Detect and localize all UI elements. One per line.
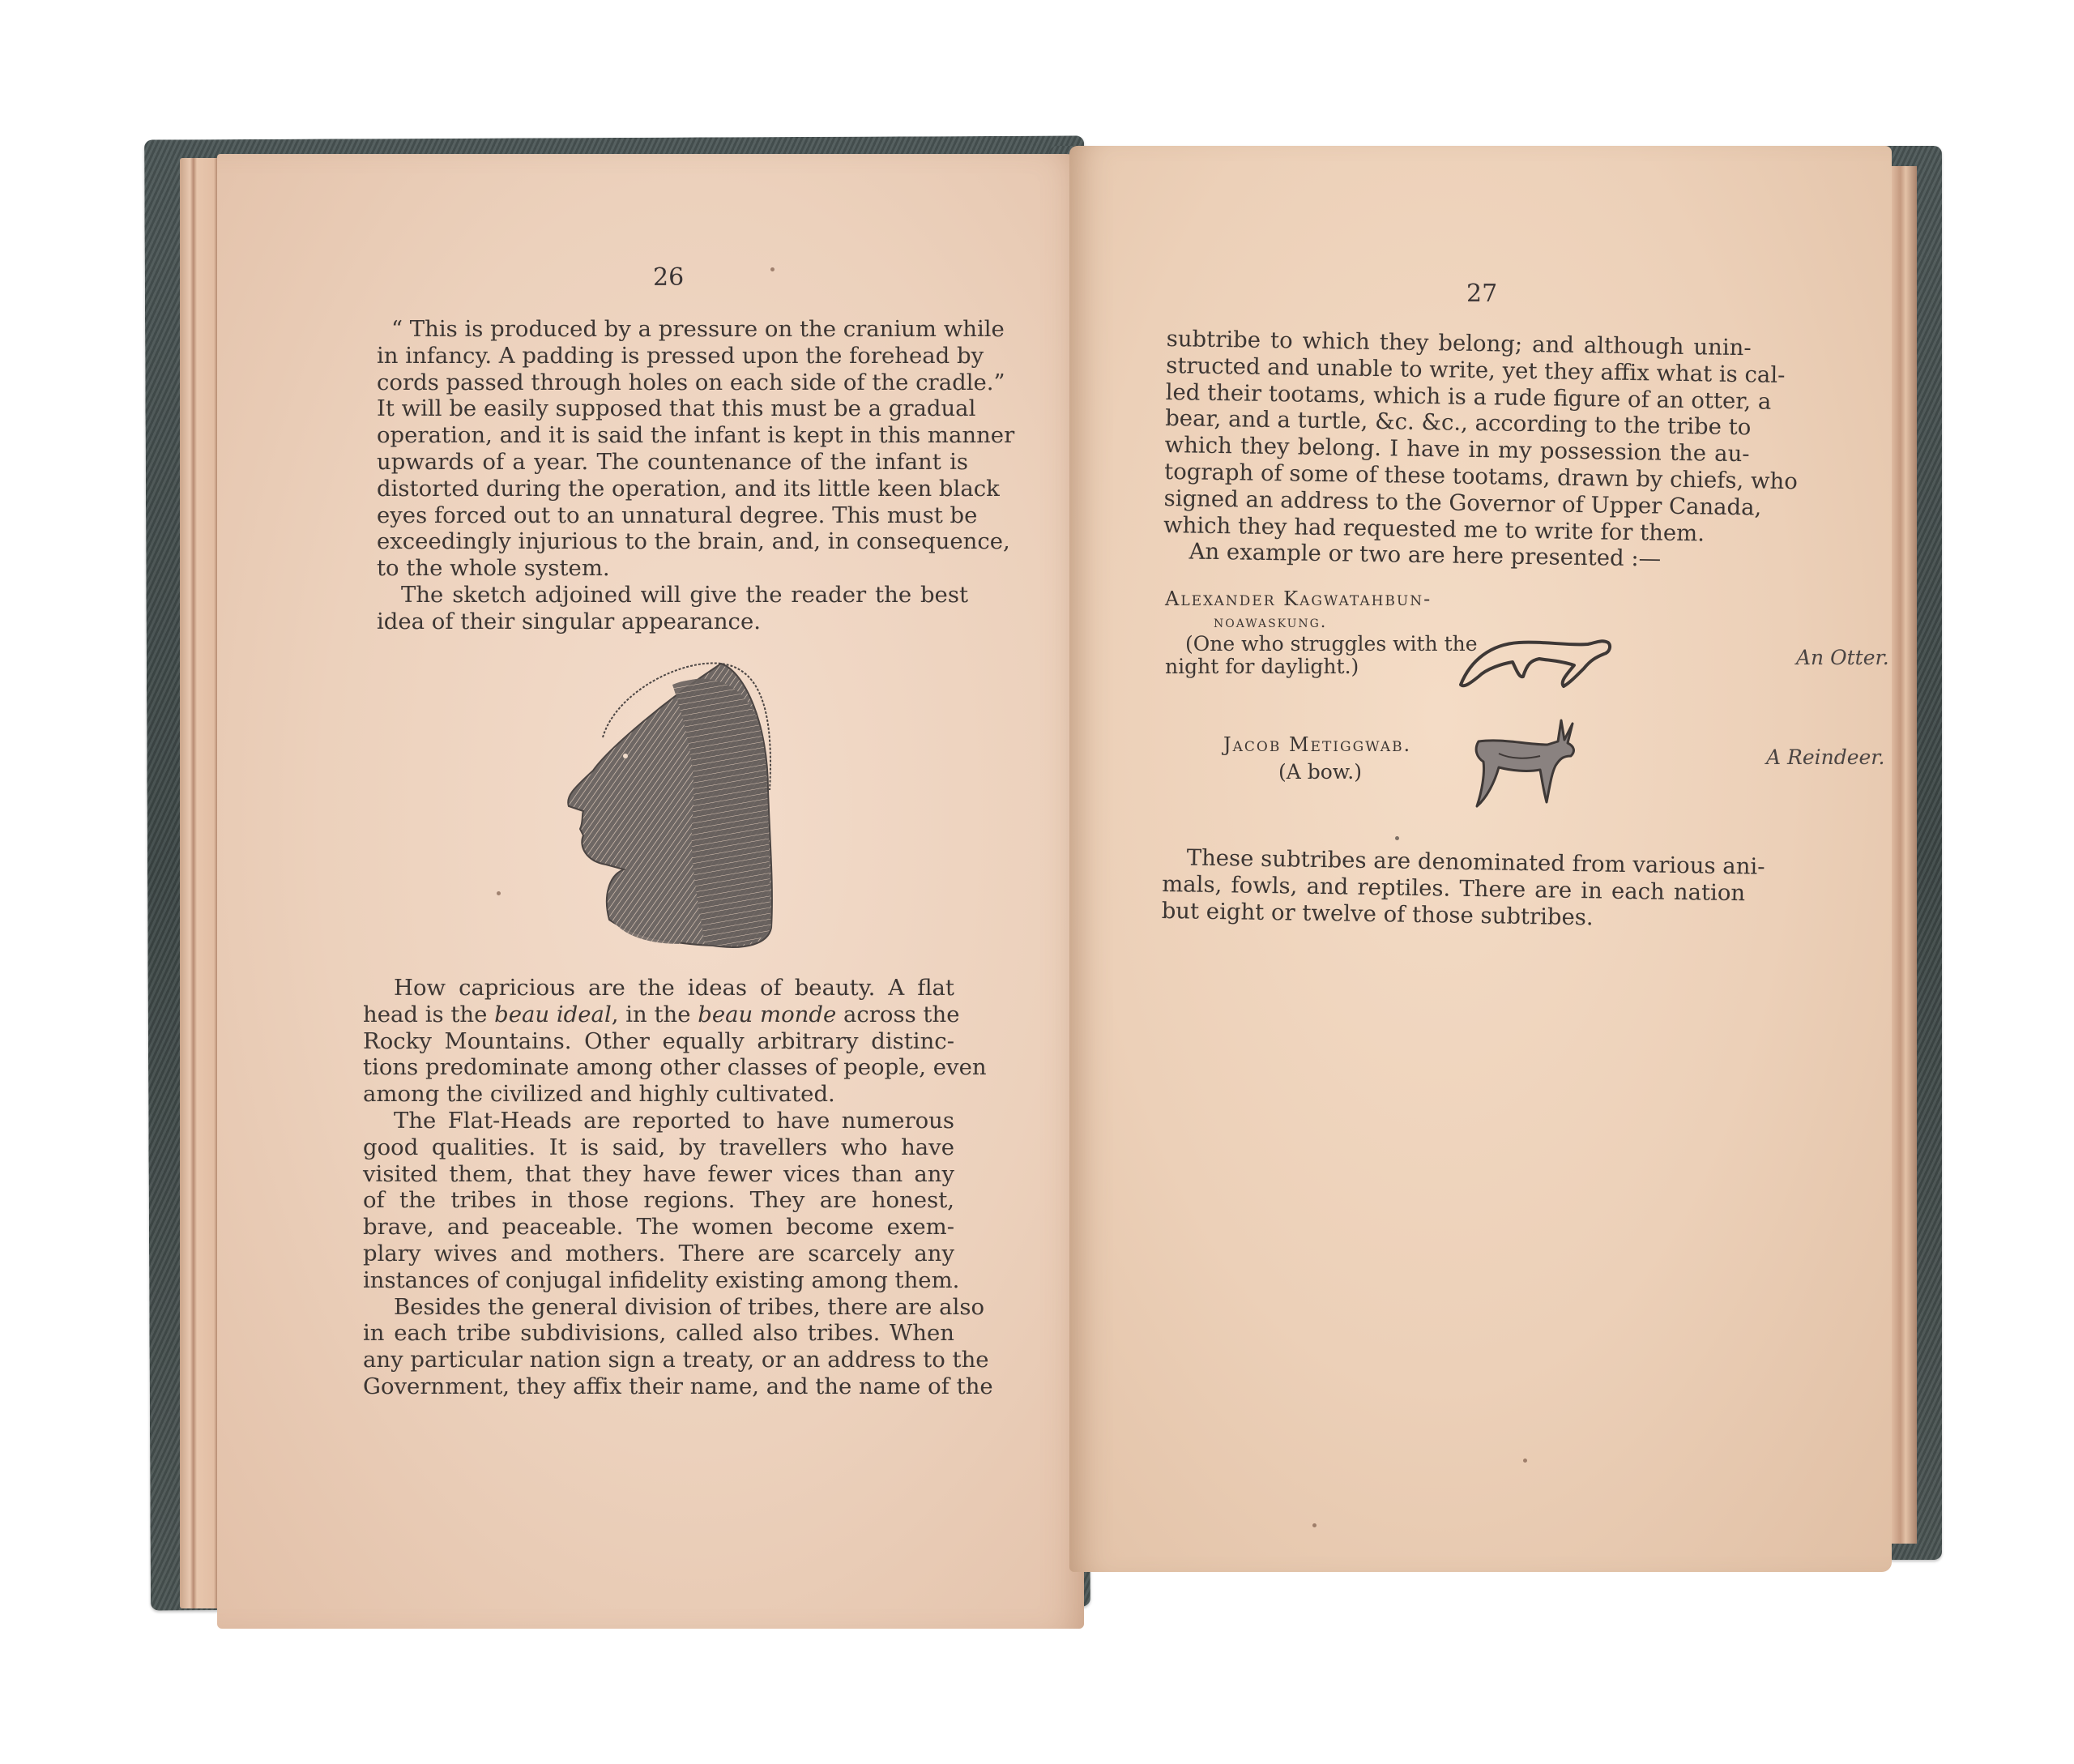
foxing-spot — [770, 267, 775, 271]
text-line: cords passed through holes on each side … — [377, 369, 968, 396]
name-meaning: (A bow.) — [1223, 761, 1411, 784]
flathead-profile-illustration — [551, 652, 826, 960]
italic-phrase: beau monde — [698, 1002, 836, 1027]
page-edges-right — [1889, 166, 1917, 1544]
chief-name: noawaskung. — [1165, 610, 1478, 633]
right-paragraph-3: These subtribes are denominated from var… — [1161, 844, 1745, 933]
right-paragraph-1: subtribe to which they belong; and altho… — [1163, 326, 1752, 574]
text-line: in each tribe subdivisions, called also … — [363, 1320, 954, 1347]
otter-totem-icon — [1454, 628, 1616, 696]
reindeer-totem-icon — [1462, 717, 1592, 818]
foxing-spot — [1523, 1459, 1527, 1463]
left-page: 26 “ This is produced by a pressure on t… — [217, 154, 1084, 1629]
text-line: brave, and peaceable. The women become e… — [363, 1214, 954, 1241]
text-line: good qualities. It is said, by traveller… — [363, 1134, 954, 1161]
name-meaning: night for daylight.) — [1165, 656, 1478, 678]
text-line: head is the beau ideal, in the beau mond… — [363, 1002, 954, 1028]
text-line: distorted during the operation, and its … — [377, 476, 968, 502]
name-meaning: (One who struggles with the — [1165, 633, 1478, 656]
text-line: tions predominate among other classes of… — [363, 1054, 954, 1081]
page-number: 26 — [653, 263, 684, 292]
text-line: Besides the general division of tribes, … — [363, 1294, 954, 1321]
foxing-spot — [497, 891, 501, 895]
page-number: 27 — [1466, 280, 1497, 308]
text-line: The Flat-Heads are reported to have nume… — [363, 1108, 954, 1134]
text-line: “ This is produced by a pressure on the … — [377, 316, 968, 343]
totem-animal-label: An Otter. — [1796, 646, 1889, 669]
text-line: Rocky Mountains. Other equally arbitrary… — [363, 1028, 954, 1055]
text-line: eyes forced out to an unnatural degree. … — [377, 502, 968, 529]
text-line: exceedingly injurious to the brain, and,… — [377, 528, 968, 555]
text-line: operation, and it is said the infant is … — [377, 422, 968, 449]
text-line: Government, they affix their name, and t… — [363, 1373, 954, 1400]
left-paragraph-1: “ This is produced by a pressure on the … — [377, 316, 968, 635]
totem-animal-label: A Reindeer. — [1766, 745, 1884, 769]
text-line: How capricious are the ideas of beauty. … — [363, 975, 954, 1002]
text-line: in infancy. A padding is pressed upon th… — [377, 343, 968, 369]
text-line: among the civilized and highly cultivate… — [363, 1081, 954, 1108]
text-line: instances of conjugal infidelity existin… — [363, 1267, 954, 1294]
text-line: upwards of a year. The countenance of th… — [377, 449, 968, 476]
right-page: 27 subtribe to which they belong; and al… — [1069, 146, 1892, 1572]
text-line: visited them, that they have fewer vices… — [363, 1161, 954, 1188]
italic-phrase: beau ideal — [494, 1002, 612, 1027]
chief-name: Alexander Kagwatahbun- — [1165, 587, 1478, 610]
text-line: to the whole system. — [377, 555, 968, 582]
left-paragraph-3: How capricious are the ideas of beauty. … — [363, 975, 954, 1400]
text-line: plary wives and mothers. There are scarc… — [363, 1241, 954, 1267]
text-line: of the tribes in those regions. They are… — [363, 1187, 954, 1214]
text-line: It will be easily supposed that this mus… — [377, 395, 968, 422]
ink-spot — [1395, 836, 1399, 840]
text-line: The sketch adjoined will give the reader… — [377, 582, 968, 609]
text-line: idea of their singular appearance. — [377, 609, 968, 635]
text-line: any particular nation sign a treaty, or … — [363, 1347, 954, 1373]
chief-name: Jacob Metiggwab. — [1223, 733, 1411, 756]
foxing-spot — [1312, 1523, 1317, 1527]
